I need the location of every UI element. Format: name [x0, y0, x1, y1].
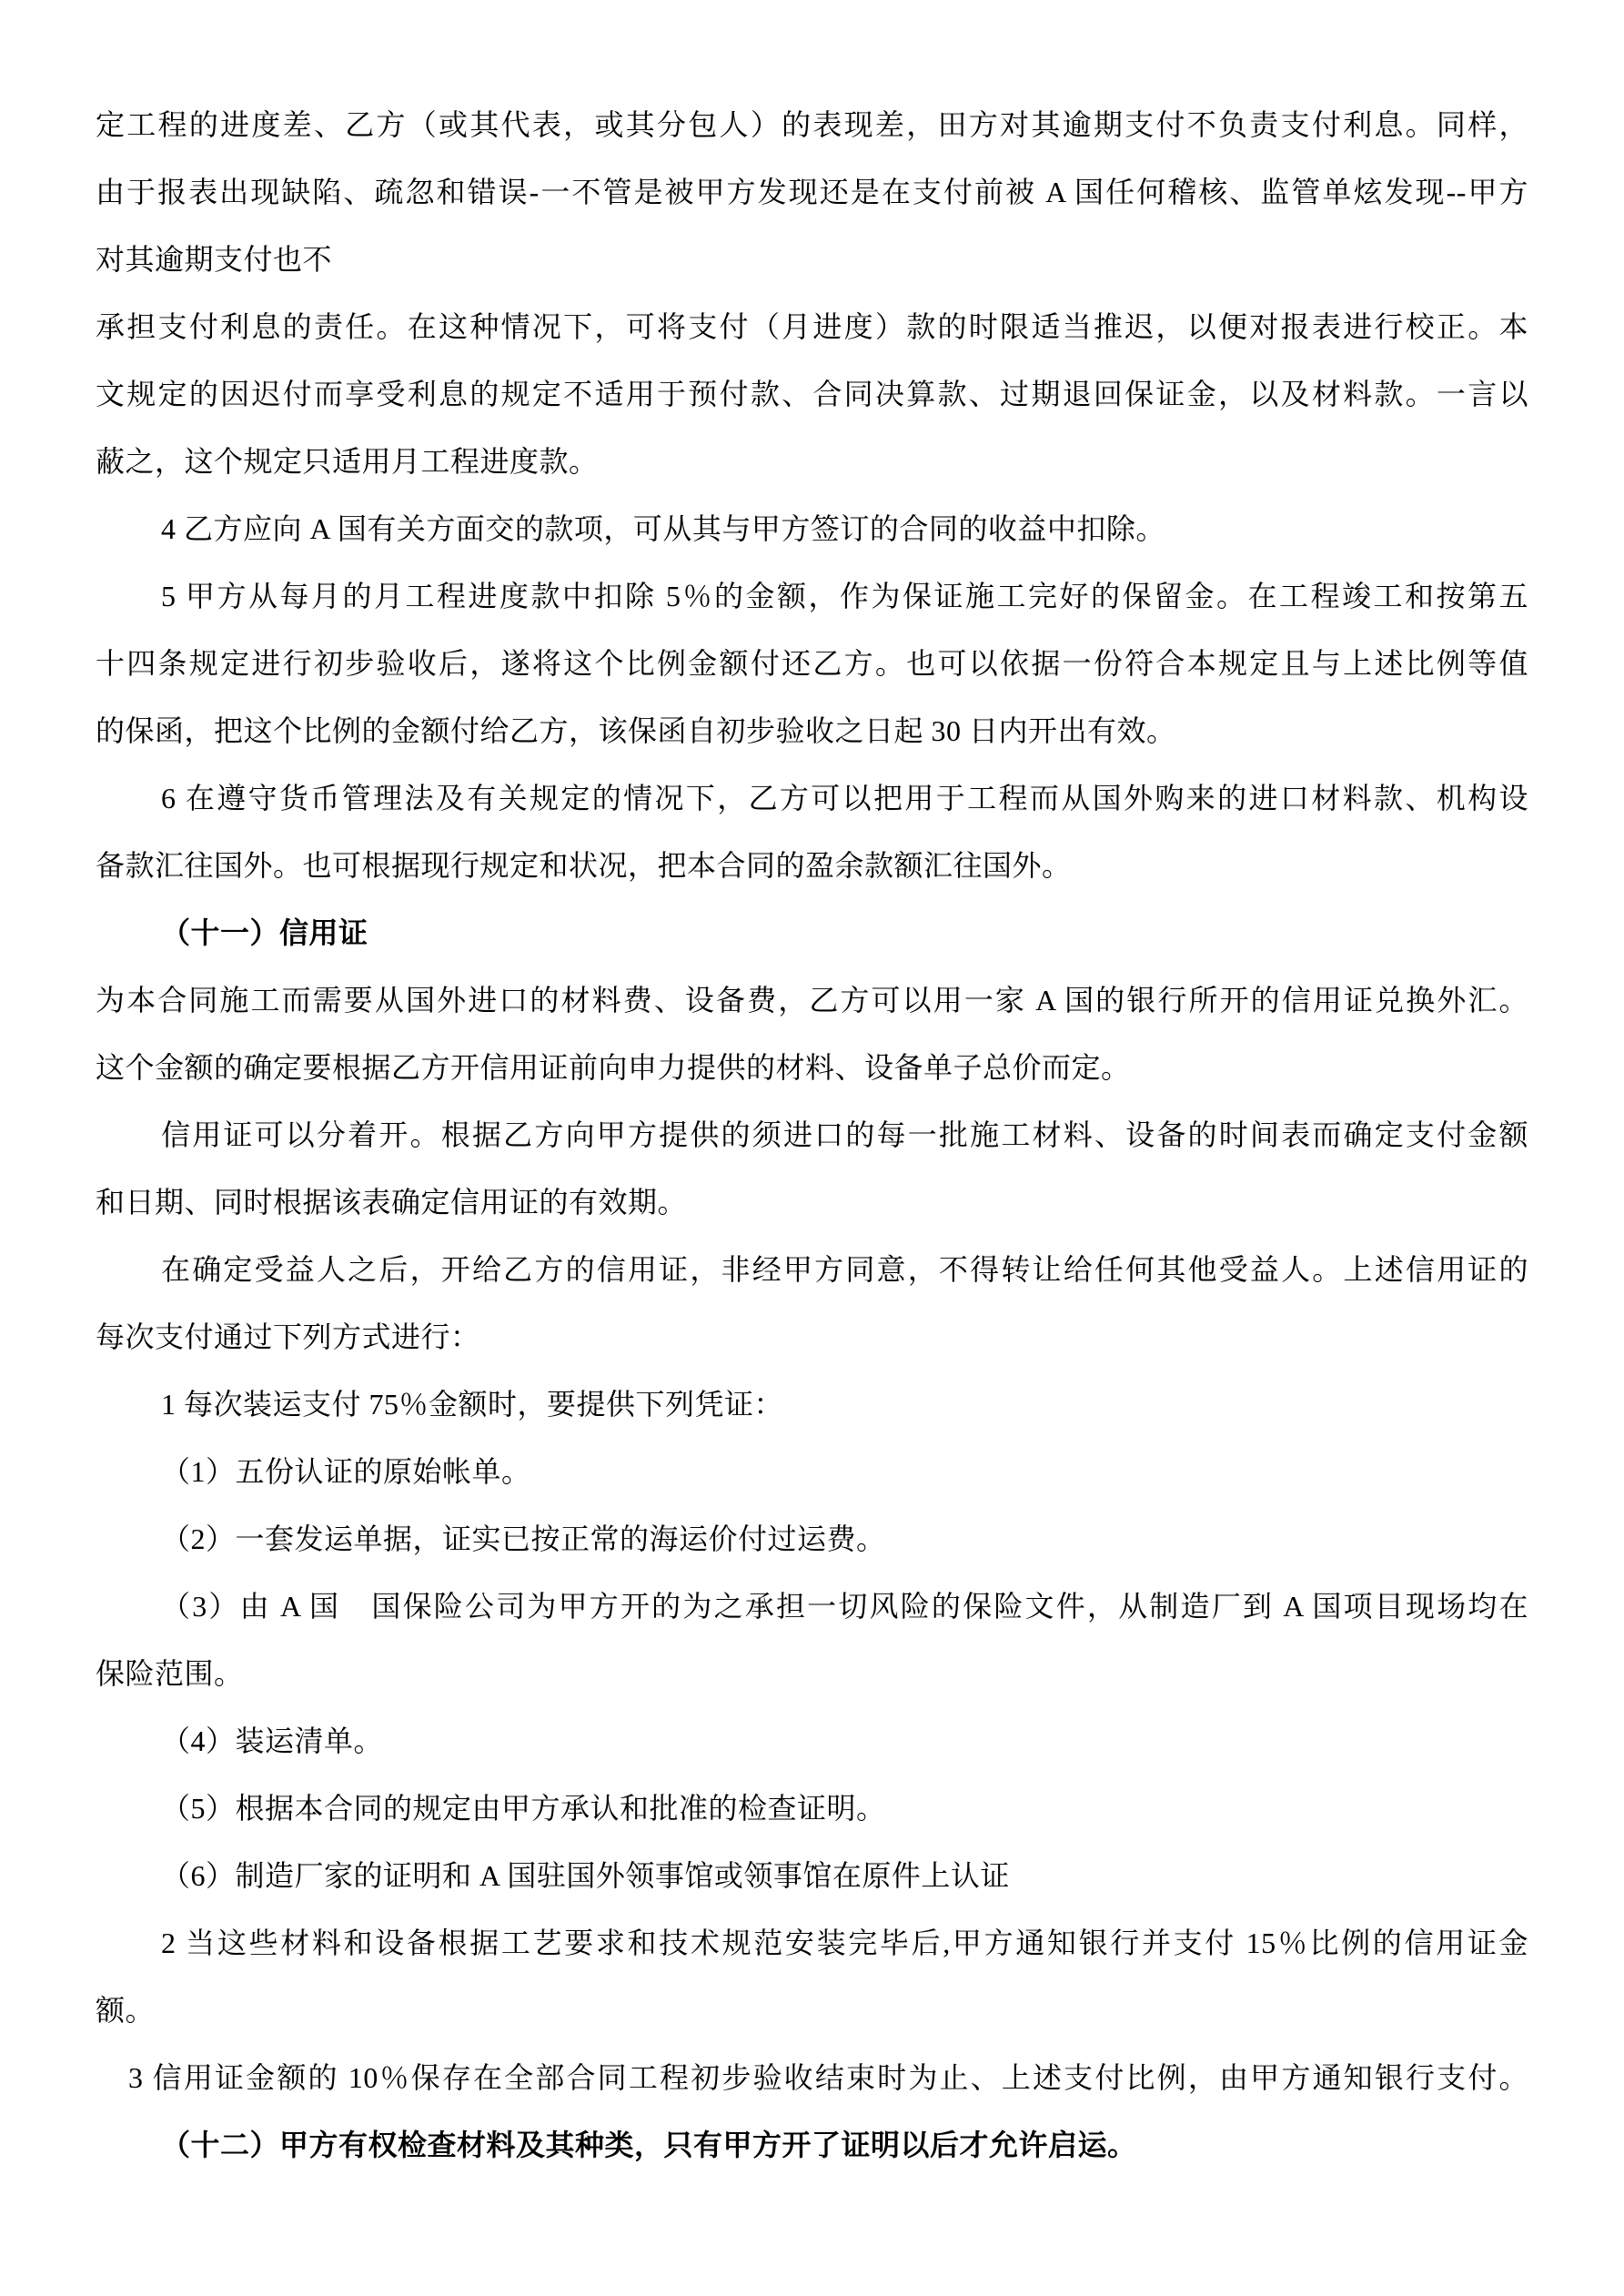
document-line: 承担支付利息的责任。在这种情况下，可将支付（月进度）款的时限适当推迟，以便对报表…: [96, 293, 1528, 360]
document-line: 额。: [96, 1977, 1528, 2044]
document-line: 和日期、同时根据该表确定信用证的有效期。: [96, 1168, 1528, 1236]
section-heading-12-inspection-right: （十二）甲方有权检查材料及其种类，只有甲方开了证明以后才允许启运。: [96, 2111, 1528, 2179]
document-line: 信用证可以分着开。根据乙方向甲方提供的须进口的每一批施工材料、设备的时间表而确定…: [96, 1101, 1528, 1168]
document-line-item-1: 1 每次装运支付 75％金额时，要提供下列凭证：: [96, 1371, 1528, 1438]
document-line-subitem-2: （2）一套发运单据，证实已按正常的海运价付过运费。: [96, 1505, 1528, 1573]
document-line-clause-4: 4 乙方应向 A 国有关方面交的款项，可从其与甲方签订的合同的收益中扣除。: [96, 495, 1528, 562]
document-line: 十四条规定进行初步验收后，遂将这个比例金额付还乙方。也可以依据一份符合本规定且与…: [96, 630, 1528, 697]
document-line-item-2: 2 当这些材料和设备根据工艺要求和技术规范安装完毕后,甲方通知银行并支付 15％…: [96, 1909, 1528, 1977]
document-line-subitem-3: （3）由 A 国 国保险公司为甲方开的为之承担一切风险的保险文件，从制造厂到 A…: [96, 1573, 1528, 1640]
document-line: 为本合同施工而需要从国外进口的材料费、设备费，乙方可以用一家 A 国的银行所开的…: [96, 966, 1528, 1034]
section-heading-11-letter-of-credit: （十一）信用证: [96, 899, 1528, 966]
document-line-item-3: 3 信用证金额的 10％保存在全部合同工程初步验收结束时为止、上述支付比例，由甲…: [96, 2044, 1528, 2111]
document-line: 蔽之，这个规定只适用月工程进度款。: [96, 428, 1528, 495]
document-line-subitem-4: （4）装运清单。: [96, 1707, 1528, 1775]
document-line: 文规定的因迟付而享受利息的规定不适用于预付款、合同决算款、过期退回保证金，以及材…: [96, 360, 1528, 428]
document-line-subitem-1: （1）五份认证的原始帐单。: [96, 1438, 1528, 1505]
document-line: 由于报表出现缺陷、疏忽和错误-一不管是被甲方发现还是在支付前被 A 国任何稽核、…: [96, 158, 1528, 226]
document-line: 每次支付通过下列方式进行：: [96, 1303, 1528, 1371]
document-line: 的保函，把这个比例的金额付给乙方，该保函自初步验收之日起 30 日内开出有效。: [96, 697, 1528, 764]
document-line-clause-6: 6 在遵守货币管理法及有关规定的情况下，乙方可以把用于工程而从国外购来的进口材料…: [96, 764, 1528, 832]
document-line-subitem-6: （6）制造厂家的证明和 A 国驻国外领事馆或领事馆在原件上认证: [96, 1842, 1528, 1909]
document-line: 对其逾期支付也不: [96, 226, 1528, 293]
document-line: 备款汇往国外。也可根据现行规定和状况，把本合同的盈余款额汇往国外。: [96, 832, 1528, 899]
document-line: 这个金额的确定要根据乙方开信用证前向申力提供的材料、设备单子总价而定。: [96, 1034, 1528, 1101]
document-line-subitem-5: （5）根据本合同的规定由甲方承认和批准的检查证明。: [96, 1775, 1528, 1842]
document-line: 保险范围。: [96, 1640, 1528, 1707]
document-line-clause-5: 5 甲方从每月的月工程进度款中扣除 5％的金额，作为保证施工完好的保留金。在工程…: [96, 562, 1528, 630]
document-line: 在确定受益人之后，开给乙方的信用证，非经甲方同意，不得转让给任何其他受益人。上述…: [96, 1236, 1528, 1303]
document-line: 定工程的进度差、乙方（或其代表，或其分包人）的表现差，田方对其逾期支付不负责支付…: [96, 91, 1528, 158]
contract-document-page: 定工程的进度差、乙方（或其代表，或其分包人）的表现差，田方对其逾期支付不负责支付…: [0, 0, 1624, 2296]
